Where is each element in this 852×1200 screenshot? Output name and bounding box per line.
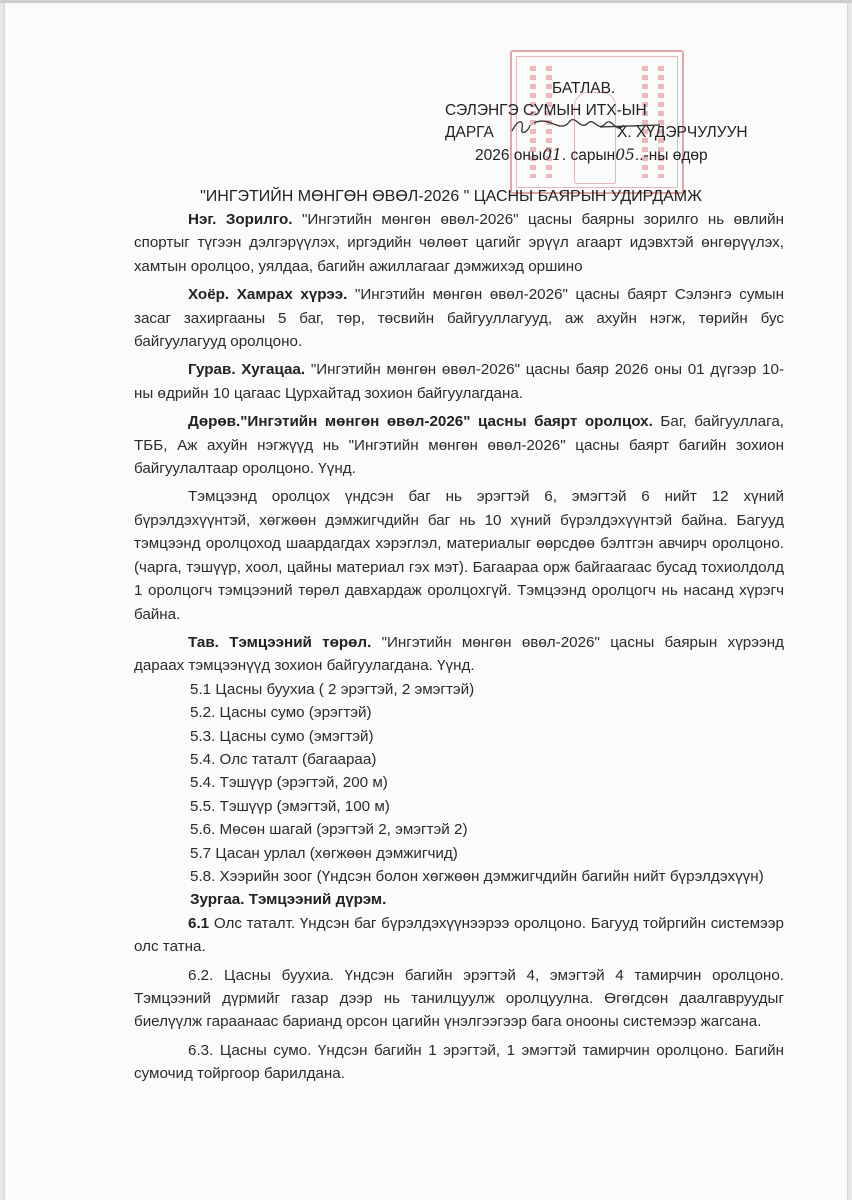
list-item: 5.1 Цасны буухиа ( 2 эрэгтэй, 2 эмэгтэй) bbox=[134, 678, 784, 701]
list-item: 5.4. Тэшүүр (эрэгтэй, 200 м) bbox=[134, 771, 784, 794]
section-rules-heading: Зургаа. Тэмцээний дүрэм. bbox=[134, 888, 784, 911]
section-participation: Дөрөв."Ингэтийн мөнгөн өвөл-2026" цасны … bbox=[134, 410, 784, 480]
section-competition-types: Тав. Тэмцээний төрөл. "Ингэтийн мөнгөн ө… bbox=[134, 631, 784, 678]
document-body: Нэг. Зорилго. "Ингэтийн мөнгөн өвөл-2026… bbox=[134, 208, 784, 1086]
approval-label: БАТЛАВ. bbox=[552, 80, 615, 98]
rule-item: 6.2. Цасны буухиа. Үндсэн багийн эрэгтэй… bbox=[134, 964, 784, 1034]
rule-item: 6.3. Цасны сумо. Үндсэн багийн 1 эрэгтэй… bbox=[134, 1039, 784, 1086]
list-item: 5.3. Цасны сумо (эмэгтэй) bbox=[134, 725, 784, 748]
section-participation-details: Тэмцээнд оролцох үндсэн баг нь эрэгтэй 6… bbox=[134, 485, 784, 625]
list-item: 5.2. Цасны сумо (эрэгтэй) bbox=[134, 701, 784, 724]
section-time: Гурав. Хугацаа. "Ингэтийн мөнгөн өвөл-20… bbox=[134, 358, 784, 405]
section-goal: Нэг. Зорилго. "Ингэтийн мөнгөн өвөл-2026… bbox=[134, 208, 784, 278]
section-scope: Хоёр. Хамрах хүрээ. "Ингэтийн мөнгөн өвө… bbox=[134, 283, 784, 353]
list-item: 5.4. Олс таталт (багаараа) bbox=[134, 748, 784, 771]
list-item: 5.7 Цасан урлал (хөгжөөн дэмжигчид) bbox=[134, 842, 784, 865]
list-item: 5.8. Хээрийн зоог (Үндсэн болон хөгжөөн … bbox=[134, 865, 784, 888]
approval-chair-name: Х. ХҮДЭРЧУЛУУН bbox=[617, 124, 748, 142]
list-item: 5.6. Мөсөн шагай (эрэгтэй 2, эмэгтэй 2) bbox=[134, 818, 784, 841]
document-title: "ИНГЭТИЙН МӨНГӨН ӨВӨЛ-2026 " ЦАСНЫ БАЯРЫ… bbox=[0, 188, 842, 206]
approval-date: 2026 оны01. сарын05..-ны өдөр bbox=[475, 146, 708, 165]
list-item: 5.5. Тэшүүр (эмэгтэй, 100 м) bbox=[134, 795, 784, 818]
approval-chair-prefix: ДАРГА bbox=[445, 124, 494, 142]
rule-item: 6.1 Олс таталт. Үндсэн баг бүрэлдэхүүнээ… bbox=[134, 912, 784, 959]
